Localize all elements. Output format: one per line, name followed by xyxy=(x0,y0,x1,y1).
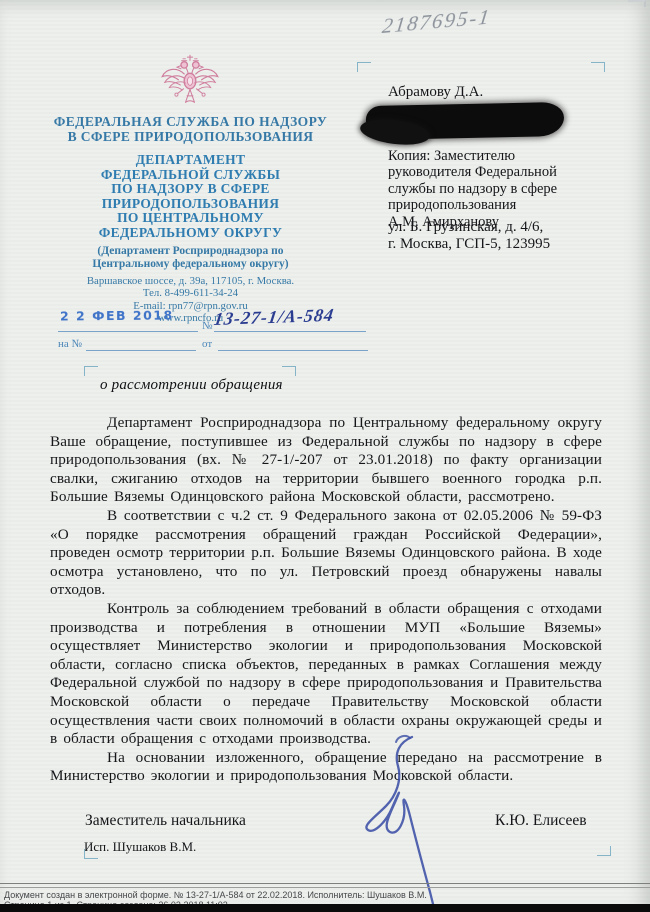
copy-line: службы по надзору в сфере xyxy=(388,181,603,197)
agency-name: ФЕДЕРАЛЬНАЯ СЛУЖБА ПО НАДЗОРУ В СФЕРЕ ПР… xyxy=(28,114,353,144)
signer-name: К.Ю. Елисеев xyxy=(495,812,587,830)
department-name: ДЕПАРТАМЕНТ ФЕДЕРАЛЬНОЙ СЛУЖБЫ ПО НАДЗОР… xyxy=(28,153,353,240)
agency-line: ФЕДЕРАЛЬНАЯ СЛУЖБА ПО НАДЗОРУ xyxy=(28,114,353,129)
date-underline xyxy=(58,330,198,332)
paragraph: Департамент Росприроднадзора по Централь… xyxy=(50,414,602,507)
bottom-corner-mark-left xyxy=(84,849,98,859)
paragraph: Контроль за соблюдением требований в обл… xyxy=(50,600,602,749)
number-underline xyxy=(214,330,366,332)
department-paren-line: (Департамент Росприроднадзора по xyxy=(28,245,353,258)
scan-artifact xyxy=(628,0,646,7)
bottom-corner-mark-right xyxy=(597,846,611,856)
recipient-address-line: г. Москва, ГСП-5, 123995 xyxy=(388,236,603,253)
signer-position: Заместитель начальника xyxy=(85,812,246,830)
address-corner-mark-right xyxy=(591,62,605,72)
department-line: ФЕДЕРАЛЬНОМУ ОКРУГУ xyxy=(28,226,353,241)
from-label: от xyxy=(202,338,212,350)
subject-corner-mark-left xyxy=(84,366,98,376)
handwritten-incoming-number: 2187695-1 xyxy=(381,0,563,39)
from-underline xyxy=(218,349,368,351)
subject-line: о рассмотрении обращения xyxy=(100,377,283,394)
in-reply-label: на № xyxy=(58,338,82,350)
department-line: ПО ЦЕНТРАЛЬНОМУ xyxy=(28,211,353,226)
recipient-address-line: ул. Б. Грузинская, д. 4/6, xyxy=(388,219,603,236)
letterhead: ФЕДЕРАЛЬНАЯ СЛУЖБА ПО НАДЗОРУ В СФЕРЕ ПР… xyxy=(28,114,353,325)
footer-line-1: Документ создан в электронной форме. № 1… xyxy=(4,890,427,900)
department-line: ПРИРОДОПОЛЬЗОВАНИЯ xyxy=(28,197,353,212)
executor-line: Исп. Шушаков В.М. xyxy=(84,839,196,855)
date-stamp: 2 2 ФЕВ 2018 xyxy=(60,308,174,324)
subject-corner-mark-right xyxy=(282,366,296,376)
copy-line: природопользования xyxy=(388,197,603,213)
department-line: ФЕДЕРАЛЬНОЙ СЛУЖБЫ xyxy=(28,168,353,183)
letterhead-address: Варшавское шоссе, д. 39а, 117105, г. Мос… xyxy=(28,275,353,287)
recipient-name: Абрамову Д.А. xyxy=(388,84,483,101)
paragraph: В соответствии с ч.2 ст. 9 Федерального … xyxy=(50,507,602,600)
scanned-letter-page: 2187695-1 ФЕДЕРАЛЬНАЯ СЛУЖБА ПО НАДЗ xyxy=(0,0,650,912)
address-corner-mark-left xyxy=(357,62,371,72)
department-line: ПО НАДЗОРУ В СФЕРЕ xyxy=(28,182,353,197)
department-paren-line: Центральному федеральному округу) xyxy=(28,258,353,271)
copy-line: руководителя Федеральной xyxy=(388,164,603,180)
scan-edge-bar xyxy=(0,904,650,912)
letterhead-phone: Тел. 8-499-611-34-24 xyxy=(28,287,353,299)
copy-line: Копия: Заместителю xyxy=(388,148,603,164)
footer-divider xyxy=(0,883,650,888)
recipient-address: ул. Б. Грузинская, д. 4/6, г. Москва, ГС… xyxy=(388,219,603,252)
in-reply-underline xyxy=(86,349,196,351)
department-short-name: (Департамент Росприроднадзора по Централ… xyxy=(28,245,353,271)
number-label: № xyxy=(202,320,213,332)
department-line: ДЕПАРТАМЕНТ xyxy=(28,153,353,168)
letter-body: Департамент Росприроднадзора по Централь… xyxy=(50,414,602,786)
copy-recipient: Копия: Заместителю руководителя Федераль… xyxy=(388,148,603,230)
paragraph: На основании изложенного, обращение пере… xyxy=(50,749,602,786)
agency-line: В СФЕРЕ ПРИРОДОПОЛЬЗОВАНИЯ xyxy=(28,129,353,144)
coat-of-arms-icon xyxy=(156,52,224,114)
